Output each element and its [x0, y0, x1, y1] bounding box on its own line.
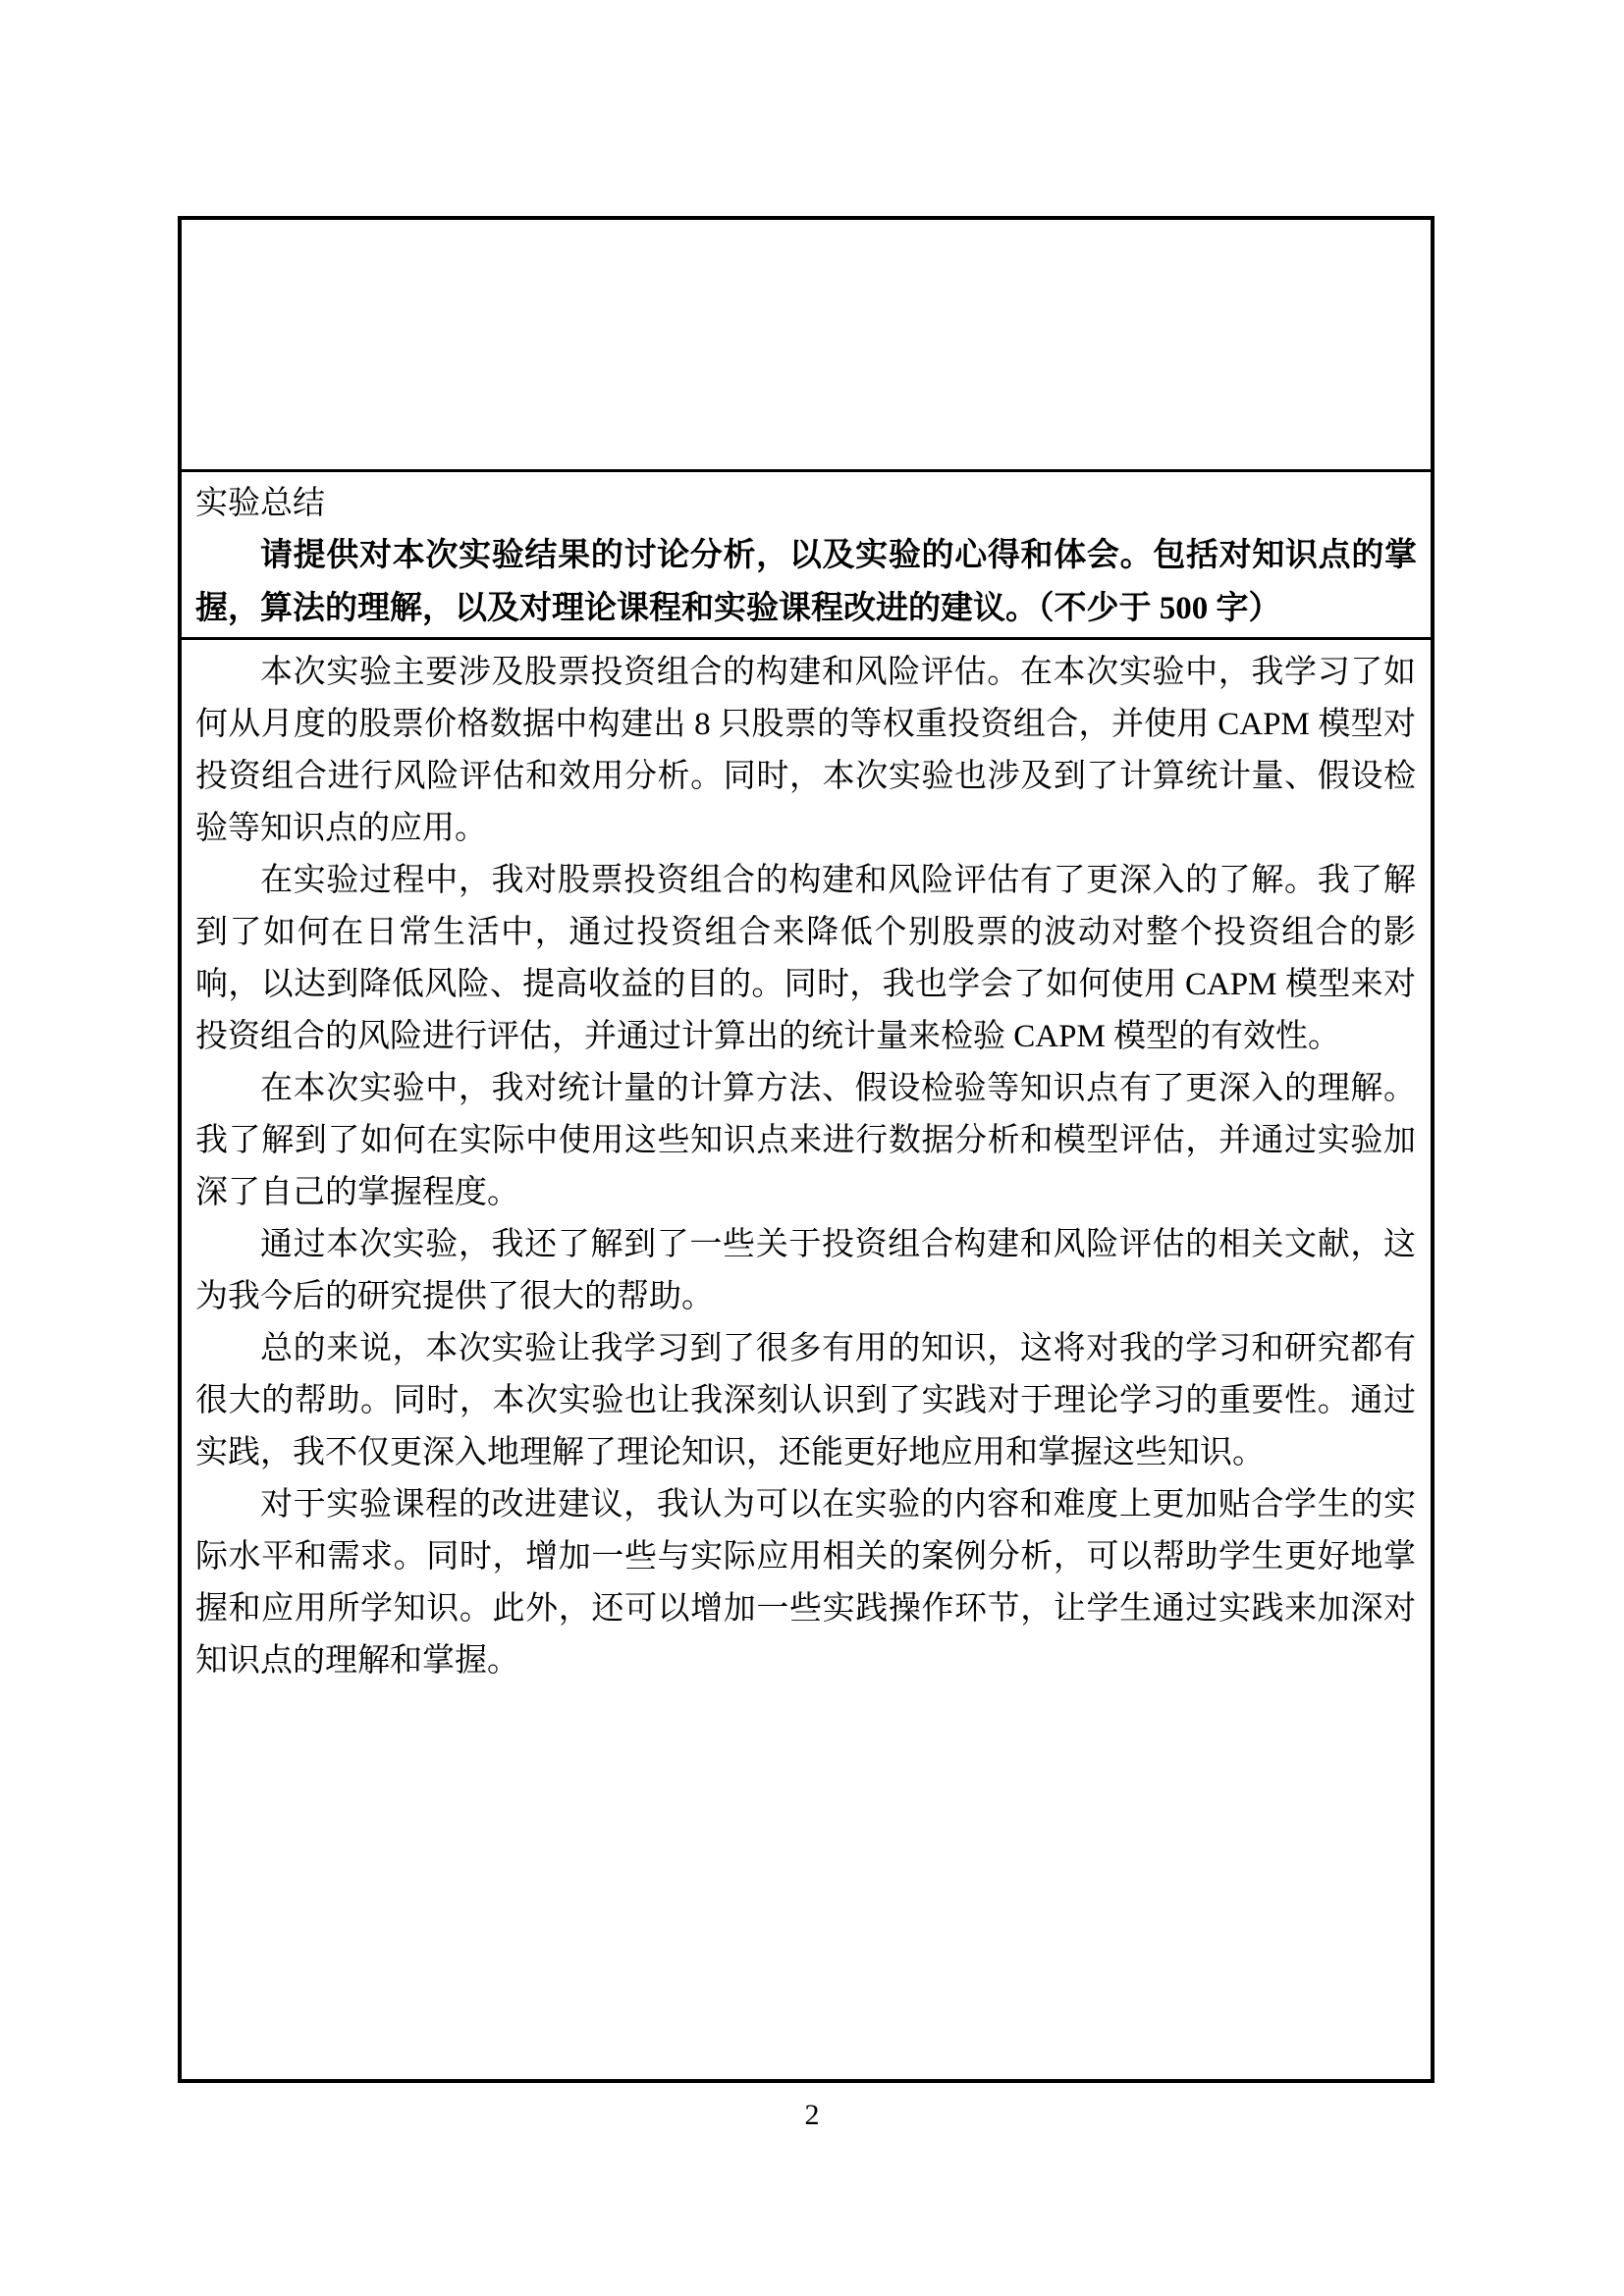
summary-paragraph: 本次实验主要涉及股票投资组合的构建和风险评估。在本次实验中，我学习了如何从月度的… [195, 647, 1416, 855]
report-table: 实验总结 请提供对本次实验结果的讨论分析，以及实验的心得和体会。包括对知识点的掌… [178, 216, 1435, 2083]
page-number: 2 [0, 2099, 1624, 2132]
summary-body-cell: 本次实验主要涉及股票投资组合的构建和风险评估。在本次实验中，我学习了如何从月度的… [182, 640, 1431, 2079]
summary-paragraph: 总的来说，本次实验让我学习到了很多有用的知识，这将对我的学习和研究都有很大的帮助… [195, 1323, 1416, 1479]
summary-paragraph: 对于实验课程的改进建议，我认为可以在实验的内容和难度上更加贴合学生的实际水平和需… [195, 1479, 1416, 1687]
section-prompt: 请提供对本次实验结果的讨论分析，以及实验的心得和体会。包括对知识点的掌握，算法的… [195, 529, 1417, 635]
summary-paragraph: 在本次实验中，我对统计量的计算方法、假设检验等知识点有了更深入的理解。我了解到了… [195, 1063, 1416, 1219]
summary-header-cell: 实验总结 请提供对本次实验结果的讨论分析，以及实验的心得和体会。包括对知识点的掌… [182, 472, 1431, 640]
summary-paragraph: 通过本次实验，我还了解到了一些关于投资组合构建和风险评估的相关文献，这为我今后的… [195, 1219, 1416, 1323]
section-title: 实验总结 [195, 478, 1417, 529]
empty-section-cell [182, 220, 1431, 472]
summary-paragraph: 在实验过程中，我对股票投资组合的构建和风险评估有了更深入的了解。我了解到了如何在… [195, 855, 1416, 1063]
